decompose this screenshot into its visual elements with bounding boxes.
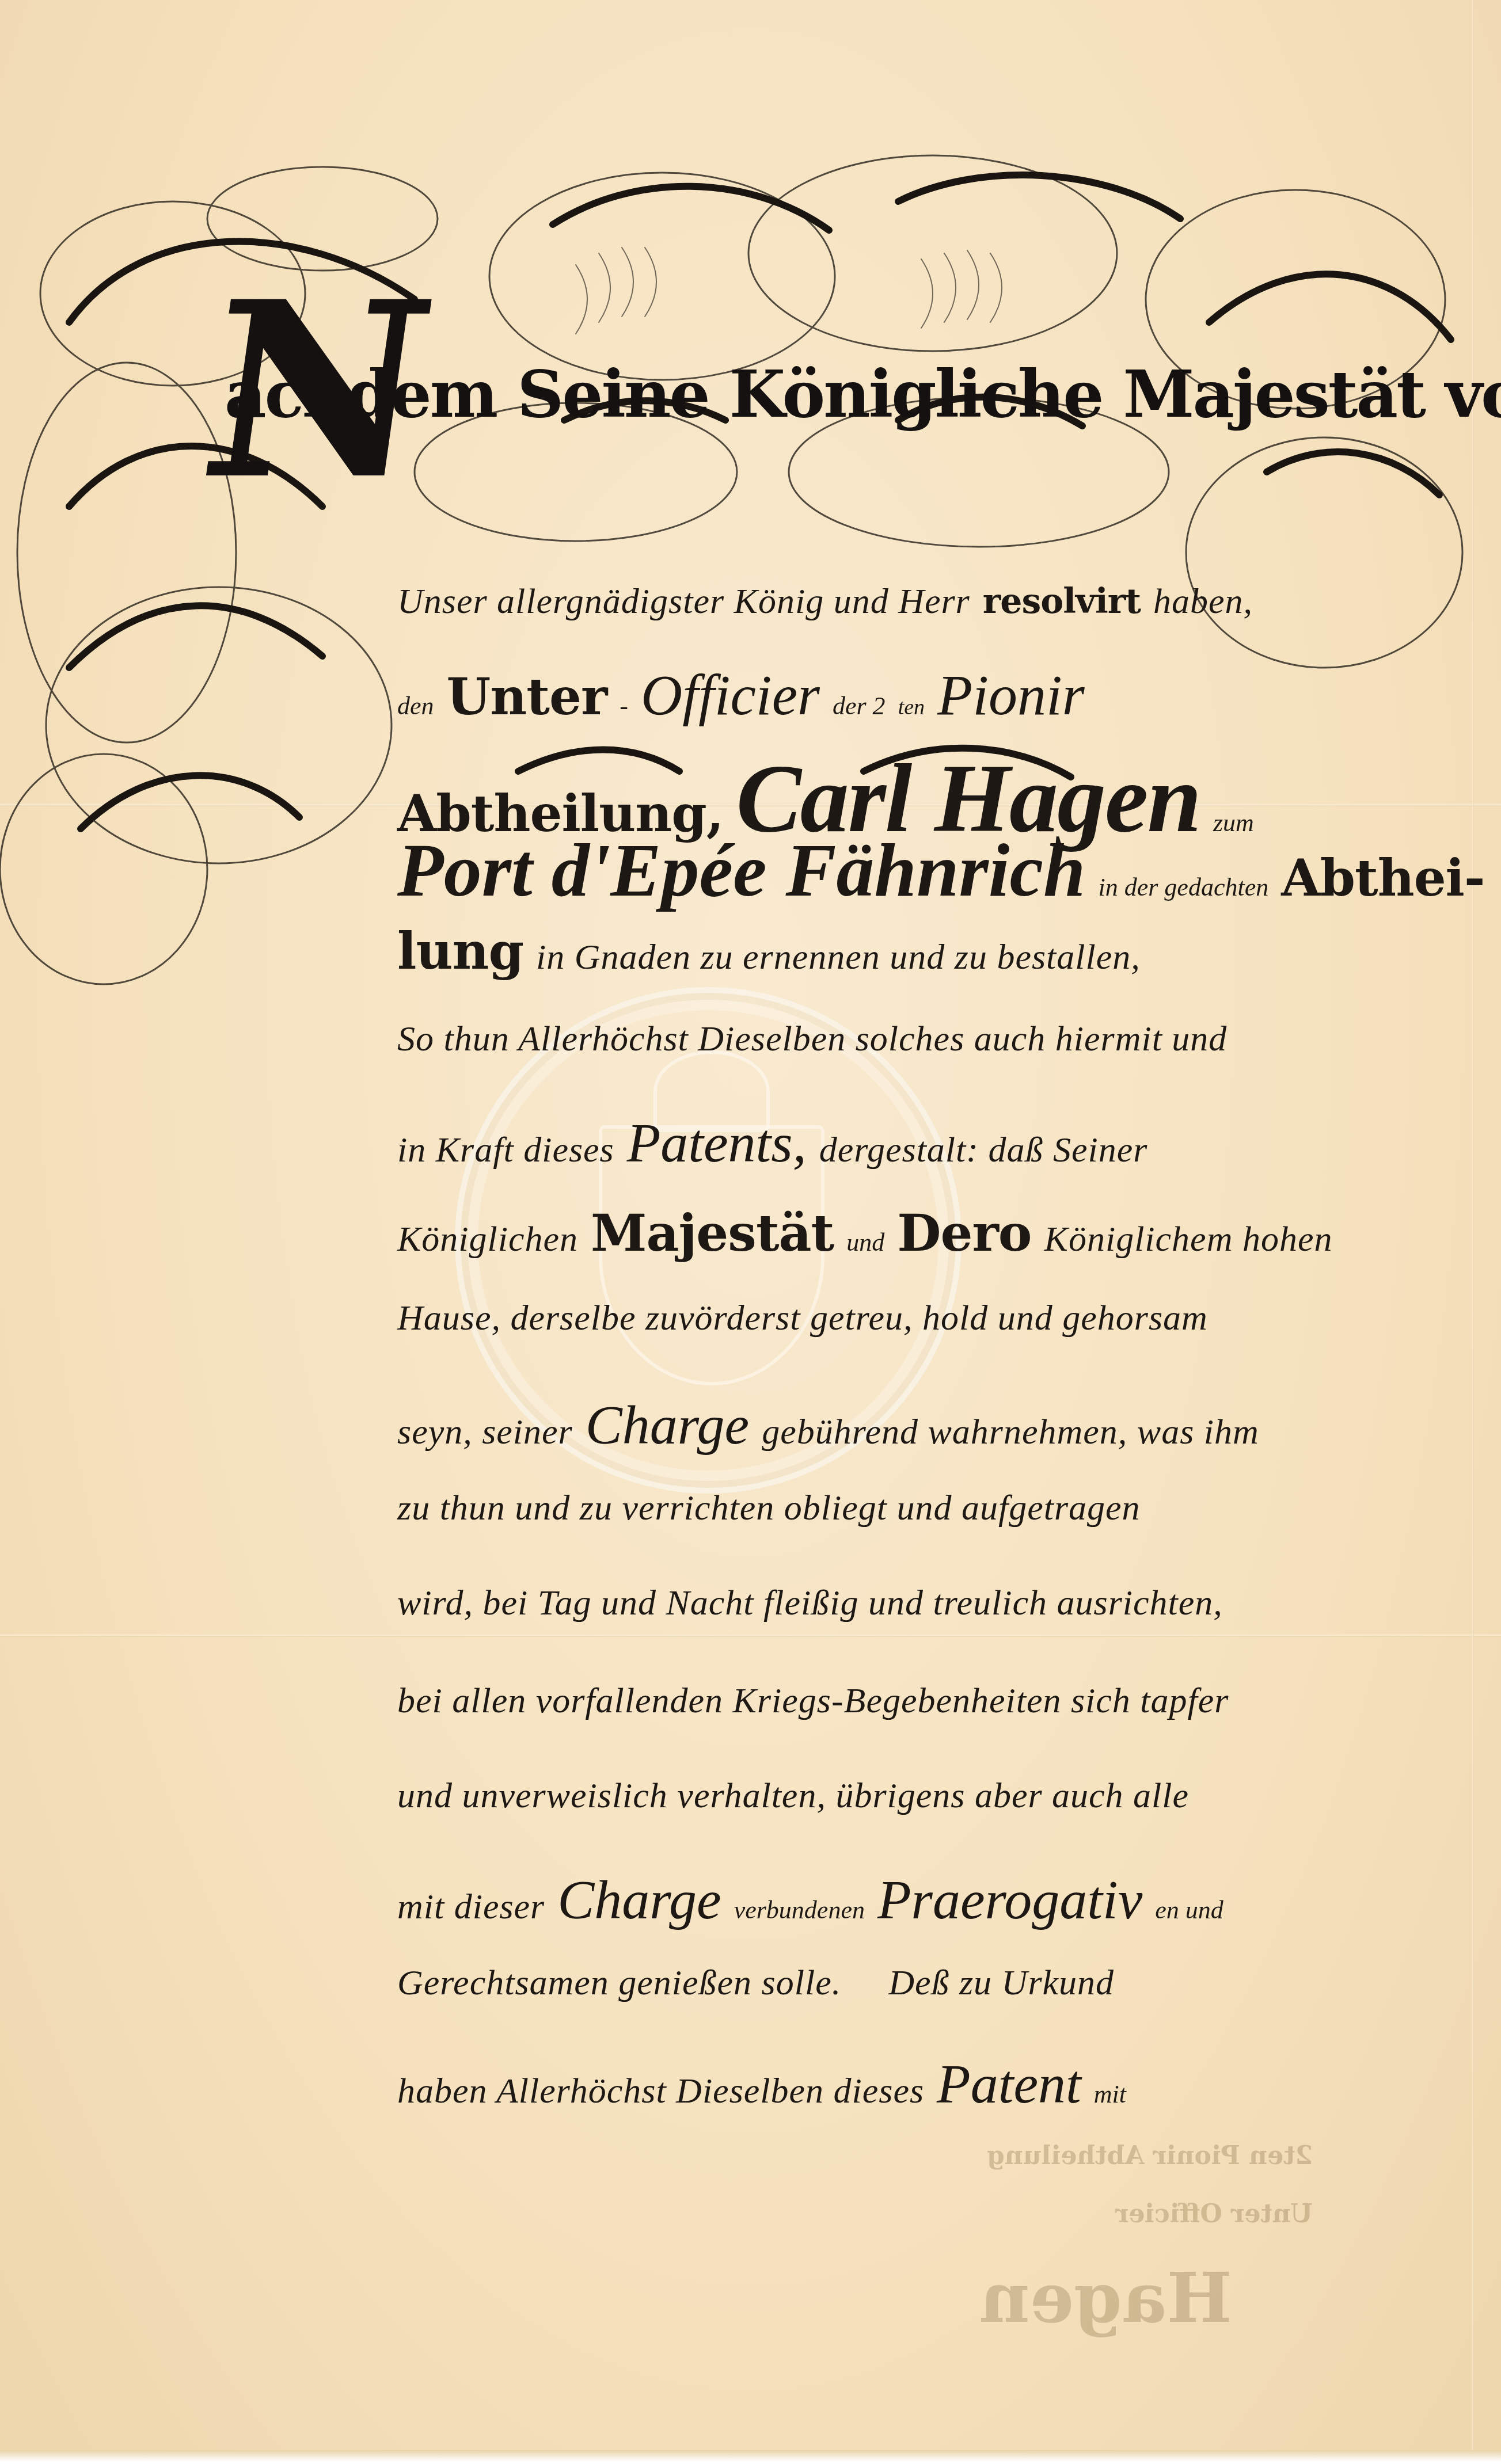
text-run: Patents, — [627, 1111, 807, 1175]
rank-title: Port d'Epée Fähnrich — [397, 826, 1085, 914]
text-line-1: Unser allergnädigster König und Herr res… — [397, 581, 1480, 668]
text-run: gebührend wahrnehmen, was ihm — [762, 1412, 1259, 1453]
text-run: Deß zu Urkund — [888, 1963, 1114, 2004]
text-run: und — [846, 1228, 884, 1257]
text-run: ten — [898, 695, 925, 720]
text-run: mit — [1094, 2080, 1126, 2109]
text-run: So thun Allerhöchst Dieselben solches au… — [397, 1019, 1227, 1060]
bleed-line: 2ten Pionir Abtheilung — [795, 2141, 1313, 2170]
text-run: resolvirt — [983, 581, 1141, 622]
text-run: der 2 — [833, 691, 886, 721]
text-run: mit dieser — [397, 1887, 545, 1928]
bleed-line: Hagen — [795, 2257, 1232, 2339]
text-line-8: Königlichen Majestät und Dero Königliche… — [397, 1203, 1480, 1289]
text-run: Hause, derselbe zuvörderst getreu, hold … — [397, 1298, 1208, 1339]
text-run: Patent — [937, 2052, 1081, 2116]
text-run: Königlichem hohen — [1044, 1219, 1333, 1260]
text-run: haben, — [1153, 581, 1253, 622]
text-line-13: bei allen vorfallenden Kriegs-Begebenhei… — [397, 1681, 1480, 1767]
text-line-9: Hause, derselbe zuvörderst getreu, hold … — [397, 1298, 1480, 1384]
text-run: Abthei- — [1281, 848, 1484, 908]
text-run: verbundenen — [734, 1895, 865, 1925]
text-line-7: in Kraft dieses Patents, dergestalt: daß… — [397, 1111, 1480, 1197]
bleed-line: Unter Officier — [795, 2199, 1313, 2229]
text-line-16: Gerechtsamen genießen solle. Deß zu Urku… — [397, 1963, 1480, 2049]
text-line-14: und unverweislich verhalten, übrigens ab… — [397, 1776, 1480, 1862]
text-run: wird, bei Tag und Nacht fleißig und treu… — [397, 1583, 1223, 1624]
text-run: en und — [1155, 1895, 1223, 1925]
text-run: bei allen vorfallenden Kriegs-Begebenhei… — [397, 1681, 1229, 1722]
text-run: seyn, seiner — [397, 1412, 573, 1453]
text-run: - — [620, 691, 628, 721]
text-run: zu thun und zu verrichten obliegt und au… — [397, 1488, 1141, 1529]
text-line-2: den Unter - Officier der 2ten Pionir — [397, 662, 1480, 748]
text-run: Gerechtsamen genießen solle. — [397, 1963, 841, 2004]
text-run: Charge — [586, 1393, 749, 1457]
text-line-11: zu thun und zu verrichten obliegt und au… — [397, 1488, 1480, 1574]
text-run: Majestät — [591, 1203, 834, 1263]
text-run: und unverweislich verhalten, übrigens ab… — [397, 1776, 1189, 1816]
text-run: Praerogativ — [877, 1868, 1142, 1932]
text-line-12: wird, bei Tag und Nacht fleißig und treu… — [397, 1583, 1480, 1669]
text-run: haben Allerhöchst Dieselben dieses — [397, 2071, 924, 2112]
text-run: dergestalt: daß Seiner — [819, 1130, 1148, 1171]
paper-bottom-edge — [0, 2450, 1501, 2464]
heading-title: achdem Seine Königliche Majestät von Pre… — [225, 357, 1491, 432]
text-line-3: Abtheilung, Carl Hagen zum — [397, 742, 1480, 829]
text-line-15: mit dieser Charge verbundenen Praerogati… — [397, 1868, 1480, 1954]
text-line-4: Port d'Epée Fähnrich in der gedachten Ab… — [397, 826, 1480, 912]
bleed-through-text: 2ten Pionir Abtheilung Unter Officier Ha… — [795, 2141, 1313, 2383]
text-run: Dero — [897, 1203, 1031, 1263]
text-run: lung — [397, 921, 523, 981]
text-run: in Kraft dieses — [397, 1130, 614, 1171]
text-line-6: So thun Allerhöchst Dieselben solches au… — [397, 1019, 1480, 1105]
text-run: Königlichen — [397, 1219, 578, 1260]
text-run: in der gedachten — [1098, 873, 1268, 902]
text-run: Charge — [557, 1868, 721, 1932]
text-line-5: lung in Gnaden zu ernennen und zu bestal… — [397, 921, 1480, 1007]
text-run: in Gnaden zu ernennen und zu bestallen, — [536, 937, 1141, 978]
text-line-17: haben Allerhöchst Dieselben dieses Paten… — [397, 2052, 1480, 2138]
text-run: Unser allergnädigster König und Herr — [397, 581, 970, 622]
text-line-10: seyn, seiner Charge gebührend wahrnehmen… — [397, 1393, 1480, 1479]
text-run: Officier — [641, 662, 820, 728]
text-run: den — [397, 691, 434, 721]
text-run: Pionir — [937, 662, 1085, 728]
text-run: Unter — [447, 667, 607, 726]
